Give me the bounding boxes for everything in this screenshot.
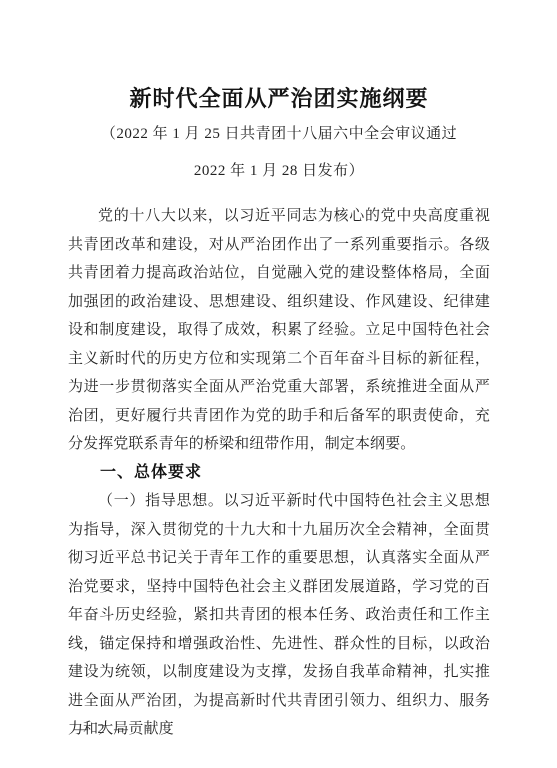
- document-page: 新时代全面从严治团实施纲要 （2022 年 1 月 25 日共青团十八届六中全会…: [0, 0, 557, 768]
- document-content: 新时代全面从严治团实施纲要 （2022 年 1 月 25 日共青团十八届六中全会…: [68, 0, 490, 744]
- document-body: 党的十八大以来，以习近平同志为核心的党中央高度重视共青团改革和建设，对从严治团作…: [68, 202, 490, 744]
- page-title: 新时代全面从严治团实施纲要: [68, 84, 490, 114]
- section-heading-overall-requirements: 一、总体要求: [68, 459, 490, 488]
- intro-paragraph: 党的十八大以来，以习近平同志为核心的党中央高度重视共青团改革和建设，对从严治团作…: [68, 202, 490, 459]
- publish-date-line: 2022 年 1 月 28 日发布）: [68, 153, 490, 190]
- guiding-ideology-paragraph: （一）指导思想。以习近平新时代中国特色社会主义思想为指导，深入贯彻党的十九大和十…: [68, 487, 490, 744]
- document-date-block: （2022 年 1 月 25 日共青团十八届六中全会审议通过 2022 年 1 …: [68, 116, 490, 190]
- page-number: — 2 —: [74, 722, 131, 738]
- adoption-date-line: （2022 年 1 月 25 日共青团十八届六中全会审议通过: [68, 116, 490, 153]
